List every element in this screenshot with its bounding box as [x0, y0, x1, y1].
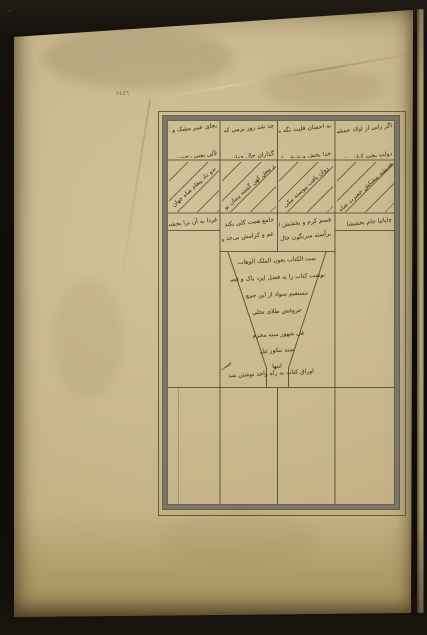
- verse-line: چه شد روز بزمی که جمعی کنی: [222, 121, 276, 136]
- row3-cell-4: چاپانیا جام بخششا: [337, 215, 394, 229]
- verse-line: گذاران حال جهان و جلال آنجا: [222, 149, 276, 158]
- book-page-edges: [417, 9, 424, 613]
- diagonal-verse: همیشه پیشکش حضرت شاه: [337, 162, 394, 212]
- row3-cell-2: جامع همت کلی بکند عم و کرامش بی‌حد و قسم: [222, 215, 276, 250]
- verse-line: لآلی یعنی رحمت بهشت: [169, 149, 219, 158]
- dust-mark: ٬٬: [8, 8, 19, 15]
- row1-cell-2: چه شد روز بزمی که جمعی کنی گذاران حال جه…: [222, 121, 276, 158]
- paper-stain: [53, 278, 123, 398]
- row3-cell-3: قسم کرم و بخشش اولش برآسته سرنگون حال بخ…: [279, 215, 333, 250]
- verse-line: خدا بخش و شیخ و انوار و نوا: [279, 149, 333, 158]
- diagonal-verse: ز پیش کهن گشته پیمان نو: [223, 163, 276, 212]
- row2-hatched-cell-3: روان یافت پیوسته نیکی: [279, 162, 333, 212]
- diagonal-verse: بدو داد پیغام شاه جهان: [170, 165, 217, 208]
- manuscript-photo: ٬٬ ٢٤٥٦: [0, 0, 427, 635]
- row1-cell-3: به احسان قلبت نگه میدارم خدا بخش و شیخ و…: [279, 121, 333, 158]
- row1-cell-4: اگر زانی از اولاد جمشیدم دولت بخت کیان پ…: [337, 121, 394, 158]
- verse-line: چاپانیا جام بخششا: [337, 215, 394, 229]
- verse-line: فردا به آن ترا بخشد: [169, 215, 219, 229]
- table-content: بجای عنبر مشک و کافورت لآلی یعنی رحمت به…: [168, 121, 395, 504]
- verse-line: دولت بخت کیان پشت و پناه: [337, 149, 394, 158]
- paper-stain: [263, 68, 383, 108]
- row3-cell-1: فردا به آن ترا بخشد: [169, 215, 219, 229]
- paper-stain: [43, 28, 233, 88]
- verse-line: اگر زانی از اولاد جمشیدم: [337, 121, 394, 136]
- verse-line: برآسته سرنگون حال بختم: [279, 229, 333, 244]
- row1-cell-1: بجای عنبر مشک و کافورت لآلی یعنی رحمت به…: [169, 121, 219, 158]
- paper-stain: [163, 508, 313, 568]
- verse-line: به احسان قلبت نگه میدارم: [279, 121, 333, 136]
- row2-hatched-cell-2: ز پیش کهن گشته پیمان نو: [222, 162, 276, 212]
- row2-hatched-cell-1: بدو داد پیغام شاه جهان: [169, 162, 219, 212]
- diagonal-verse: روان یافت پیوسته نیکی: [282, 165, 330, 209]
- verse-line: جامع همت کلی بکند: [222, 215, 276, 230]
- row2-hatched-cell-4: همیشه پیشکش حضرت شاه: [337, 162, 394, 212]
- verse-line: عم و کرامش بی‌حد و قسم: [222, 229, 276, 244]
- verse-line: قسم کرم و بخشش اولش: [279, 215, 333, 230]
- verse-line: بجای عنبر مشک و کافورت: [169, 121, 219, 135]
- pencil-shelf-number: ٢٤٥٦: [116, 90, 129, 98]
